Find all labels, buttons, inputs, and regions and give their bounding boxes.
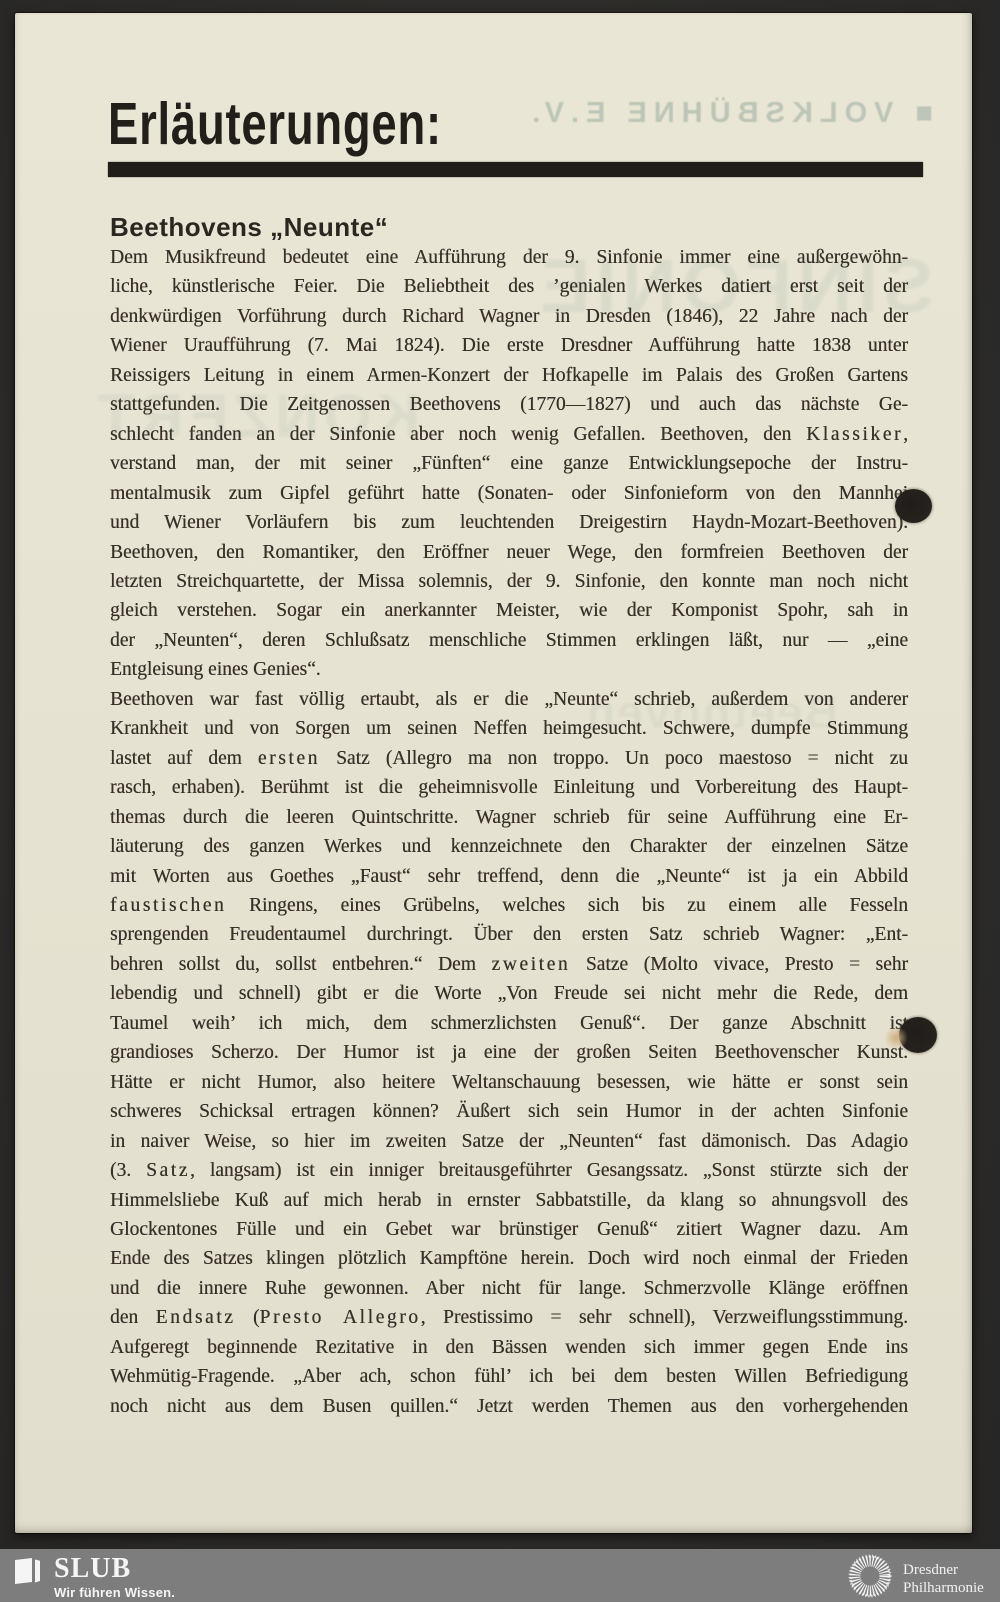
text-line: letzten Streichquartette, der Missa sole… xyxy=(110,567,908,596)
text-line: Dem Musikfreund bedeutet eine Aufführung… xyxy=(110,243,908,272)
text-line: den Endsatz (Presto Allegro, Prestissimo… xyxy=(110,1303,908,1332)
text-line: Wiener Uraufführung (7. Mai 1824). Die e… xyxy=(110,331,908,360)
text-line: Ende des Satzes klingen plötzlich Kampft… xyxy=(110,1244,908,1273)
punch-hole-top xyxy=(895,489,932,523)
text-line: liche, künstlerische Feier. Die Beliebth… xyxy=(110,272,908,301)
text-line: und Wiener Vorläufern bis zum leuchtende… xyxy=(110,508,908,537)
text-line: Krankheit und von Sorgen um seinen Neffe… xyxy=(110,714,908,743)
partner-name-line2: Philharmonie xyxy=(903,1579,984,1597)
slub-tagline: Wir führen Wissen. xyxy=(54,1585,175,1600)
document-paper: ■ VOLKSBÜHNE E.V. SINFONIE KONZERT Beeth… xyxy=(15,13,972,1533)
text-line: Glockentones Fülle und ein Gebet war brü… xyxy=(110,1215,908,1244)
section-heading: Beethovens „Neunte“ xyxy=(110,212,388,243)
bleedthrough-text-volksbuehne: ■ VOLKSBÜHNE E.V. xyxy=(503,97,933,130)
text-line: verstand man, der mit seiner „Fünften“ e… xyxy=(110,449,908,478)
text-line: noch nicht aus dem Busen quillen.“ Jetzt… xyxy=(110,1392,908,1421)
text-line: in naiver Weise, so hier im zweiten Satz… xyxy=(110,1127,908,1156)
slub-logo: SLUB Wir führen Wissen. xyxy=(14,1555,175,1600)
partner-name-line1: Dresdner xyxy=(903,1561,984,1579)
text-line: behren sollst du, sollst entbehren.“ Dem… xyxy=(110,950,908,979)
viewer-footer-bar: SLUB Wir führen Wissen. Dresdner Philhar… xyxy=(0,1549,1000,1602)
text-line: rasch, erhaben). Berühmt ist die geheimn… xyxy=(110,773,908,802)
text-line: lebendig und schnell) gibt er die Worte … xyxy=(110,979,908,1008)
text-line: Beethoven war fast völlig ertaubt, als e… xyxy=(110,685,908,714)
text-line: (3. Satz, langsam) ist ein inniger breit… xyxy=(110,1156,908,1185)
dresdner-philharmonie-logo: Dresdner Philharmonie xyxy=(846,1552,984,1602)
text-line: themas durch die leeren Quintschritte. W… xyxy=(110,803,908,832)
text-line: Aufgeregt beginnende Rezitative in den B… xyxy=(110,1333,908,1362)
text-line: gleich verstehen. Sogar ein anerkannter … xyxy=(110,596,908,625)
text-line: und die innere Ruhe gewonnen. Aber nicht… xyxy=(110,1274,908,1303)
text-line: Beethoven, den Romantiker, den Eröffner … xyxy=(110,538,908,567)
text-line: grandioses Scherzo. Der Humor ist ja ein… xyxy=(110,1038,908,1067)
text-line: sprengenden Freudentaumel durchringt. Üb… xyxy=(110,920,908,949)
body-text: Dem Musikfreund bedeutet eine Aufführung… xyxy=(110,243,908,1421)
text-line: Hätte er nicht Humor, also heitere Welta… xyxy=(110,1068,908,1097)
text-line: schlecht fanden an der Sinfonie aber noc… xyxy=(110,420,908,449)
partner-name: Dresdner Philharmonie xyxy=(903,1561,984,1597)
page-title: Erläuterungen: xyxy=(108,93,442,155)
slub-name: SLUB xyxy=(54,1555,175,1583)
slub-wordmark: SLUB Wir führen Wissen. xyxy=(54,1555,175,1600)
text-line: Himmelsliebe Kuß auf mich herab in ernst… xyxy=(110,1186,908,1215)
scanned-page-view: ■ VOLKSBÜHNE E.V. SINFONIE KONZERT Beeth… xyxy=(0,0,1000,1602)
text-line: läuterung des ganzen Werkes und kennzeic… xyxy=(110,832,908,861)
punch-hole-bottom xyxy=(899,1017,937,1053)
text-line: stattgefunden. Die Zeitgenossen Beethove… xyxy=(110,390,908,419)
text-line: faustischen Ringens, eines Grübelns, wel… xyxy=(110,891,908,920)
text-line: mentalmusik zum Gipfel geführt hatte (So… xyxy=(110,479,908,508)
text-line: mit Worten aus Goethes „Faust“ sehr tref… xyxy=(110,862,908,891)
text-line: der „Neunten“, deren Schlußsatz menschli… xyxy=(110,626,908,655)
text-line: lastet auf dem ersten Satz (Allegro ma n… xyxy=(110,744,908,773)
text-line: Reissigers Leitung in einem Armen-Konzer… xyxy=(110,361,908,390)
text-line: Entgleisung eines Genies“. xyxy=(110,655,908,684)
text-line: denkwürdigen Vorführung durch Richard Wa… xyxy=(110,302,908,331)
book-icon xyxy=(14,1557,41,1590)
text-line: Taumel weih’ ich mich, dem schmerzlichst… xyxy=(110,1009,908,1038)
starburst-icon xyxy=(846,1552,894,1602)
title-rule xyxy=(108,162,923,177)
text-line: Wehmütig-Fragende. „Aber ach, schon fühl… xyxy=(110,1362,908,1391)
text-line: schweres Schicksal ertragen können? Äuße… xyxy=(110,1097,908,1126)
